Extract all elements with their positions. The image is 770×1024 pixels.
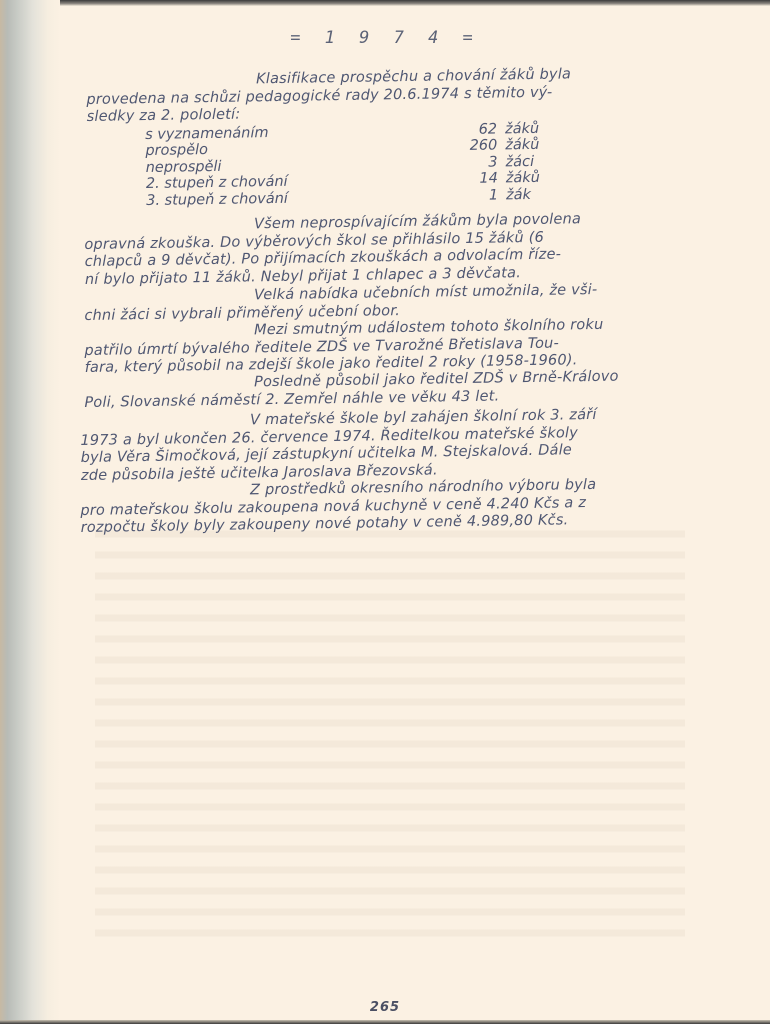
result-unit: žáků [505,121,545,138]
result-count: 260 [455,138,505,155]
paragraph-last-position: Posledně působil jako ředitel ZDŠ v Brně… [84,369,619,413]
result-unit: žáci [505,153,545,170]
result-unit: žáků [505,137,545,154]
result-label: 3. stupeň z chování [146,188,456,209]
intro-paragraph: Klasifikace prospěchu a chování žáků byl… [86,66,572,126]
result-count: 14 [456,171,506,188]
result-unit: žák [506,186,546,203]
paragraph-kindergarten: V mateřské škole byl zahájen školní rok … [80,407,598,485]
paragraph-admissions: Všem neprospívajícím žákům byla povolena… [84,211,582,289]
scan-top-edge [0,0,770,6]
book-binding-shadow [0,0,60,1024]
classification-results-list: s vyznamenáním 62 žáků prospělo 260 žáků… [145,121,546,209]
paragraph-obituary: Mezi smutným událostem tohoto školního r… [84,317,604,378]
result-unit: žáků [506,170,546,187]
reverse-page-show-through [95,520,685,940]
page-number: 265 [0,1000,770,1015]
result-count: 3 [455,154,505,171]
scan-bottom-edge [0,1020,770,1024]
paragraph-purchases: Z prostředků okresního národního výboru … [80,477,597,538]
year-heading: = 1 9 7 4 = [0,28,770,48]
result-count: 62 [455,121,505,138]
result-count: 1 [456,187,506,204]
